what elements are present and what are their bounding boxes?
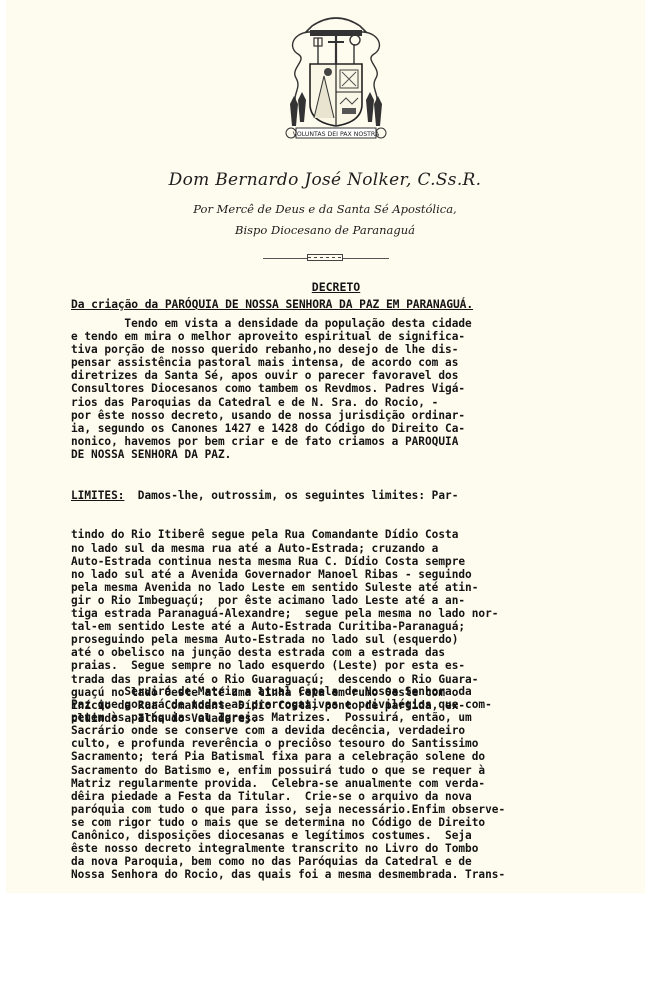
text-line: pensar assistência pastoral mais intensa…: [71, 356, 472, 369]
limits-label: LIMITES:: [71, 489, 124, 502]
text-line: Auto-Estrada continua nesta mesma Rua C.…: [71, 555, 498, 568]
text-line: Sacrário onde se conserve com a devida d…: [71, 724, 505, 737]
paragraph-matriz: Servirá de Matriz a atual Capela de Noss…: [71, 685, 505, 881]
text-line: Tendo em vista a densidade da população …: [71, 317, 472, 330]
ornament-divider: [263, 254, 389, 262]
text-line: da nova Paroquia, bem como no das Paróqu…: [71, 855, 505, 868]
svg-text:VOLUNTAS DEI PAX NOSTRA: VOLUNTAS DEI PAX NOSTRA: [293, 131, 380, 138]
text-line: Sacramento do Batismo e, enfim possuirá …: [71, 764, 505, 777]
text-line: Canônico, disposições diocesanas e legít…: [71, 829, 505, 842]
paragraph-preamble: Tendo em vista a densidade da população …: [71, 317, 472, 461]
text-line: culto, e profunda reverência o preciôso …: [71, 737, 505, 750]
text-line: no lado sul da mesma rua até a Auto-Estr…: [71, 542, 498, 555]
text-line: Paz que gozará de todas as prerrogativas…: [71, 698, 505, 711]
decree-subject: Da criação da PARÓQUIA DE NOSSA SENHORA …: [71, 298, 601, 311]
text-line: pela mesma Avenida no lado Leste em sent…: [71, 581, 498, 594]
text-line: praias. Segue sempre no lado esquerdo (L…: [71, 659, 498, 672]
decree-title: DECRETO: [71, 281, 601, 294]
text-line: êste nosso decreto integralmente transcr…: [71, 842, 505, 855]
text-line: por êste nosso decreto, usando de nossa …: [71, 409, 472, 422]
bishop-title-line: Por Mercê de Deus e da Santa Sé Apostóli…: [0, 202, 650, 216]
text-line: tal-em sentido Leste até a Auto-Estrada …: [71, 620, 498, 633]
limits-first-line: Damos-lhe, outrossim, os seguintes limit…: [124, 489, 458, 502]
text-line: Consultores Diocesanos como tambem os Re…: [71, 382, 472, 395]
text-line: se com rigor tudo o mais que se determin…: [71, 816, 505, 829]
text-line: dêira piedade a Festa da Titular. Crie-s…: [71, 790, 505, 803]
text-line: petem às paróquias ou Igrejas Matrizes. …: [71, 711, 505, 724]
text-line: tiga estrada Paranaguá-Alexandre; segue …: [71, 607, 498, 620]
text-line: até o obelisco na junção desta estrada c…: [71, 646, 498, 659]
text-line: no lado sul até a Avenida Governador Man…: [71, 568, 498, 581]
decree-body: DECRETO Da criação da PARÓQUIA DE NOSSA …: [71, 0, 601, 118]
bishop-name: Dom Bernardo José Nolker, C.Ss.R.: [0, 170, 650, 190]
text-line: diretrizes da Santa Sé, apos ouvir o par…: [71, 369, 472, 382]
text-line: tindo do Rio Itiberê segue pela Rua Coma…: [71, 528, 498, 541]
text-line: Nossa Senhora do Rocio, das quais foi a …: [71, 868, 505, 881]
text-line: trada das praias até o Rio Guaraguaçú; d…: [71, 673, 498, 686]
text-line: Sacramento; terá Pia Batismal fixa para …: [71, 750, 505, 763]
text-line: rios das Paroquias da Catedral e de N. S…: [71, 396, 472, 409]
text-line: DE NOSSA SENHORA DA PAZ.: [71, 448, 472, 461]
text-line: ia, segundo os Canones 1427 e 1428 do Có…: [71, 422, 472, 435]
text-line: proseguindo pela mesma Auto-Estrada no l…: [71, 633, 498, 646]
text-line: nonico, havemos por bem criar e de fato …: [71, 435, 472, 448]
text-line: paróquia com tudo o que para isso, seja …: [71, 803, 505, 816]
text-line: gir o Rio Imbeguaçú; por êste acimano la…: [71, 594, 498, 607]
text-line: Matriz regularmente provida. Celebra-se …: [71, 777, 505, 790]
bishop-diocese-line: Bispo Diocesano de Paranaguá: [0, 223, 650, 237]
text-line: e tendo em mira o melhor aproveito espir…: [71, 330, 472, 343]
text-line: tiva porção de nosso querido rebanho,no …: [71, 343, 472, 356]
text-line: Servirá de Matriz a atual Capela de Noss…: [71, 685, 505, 698]
